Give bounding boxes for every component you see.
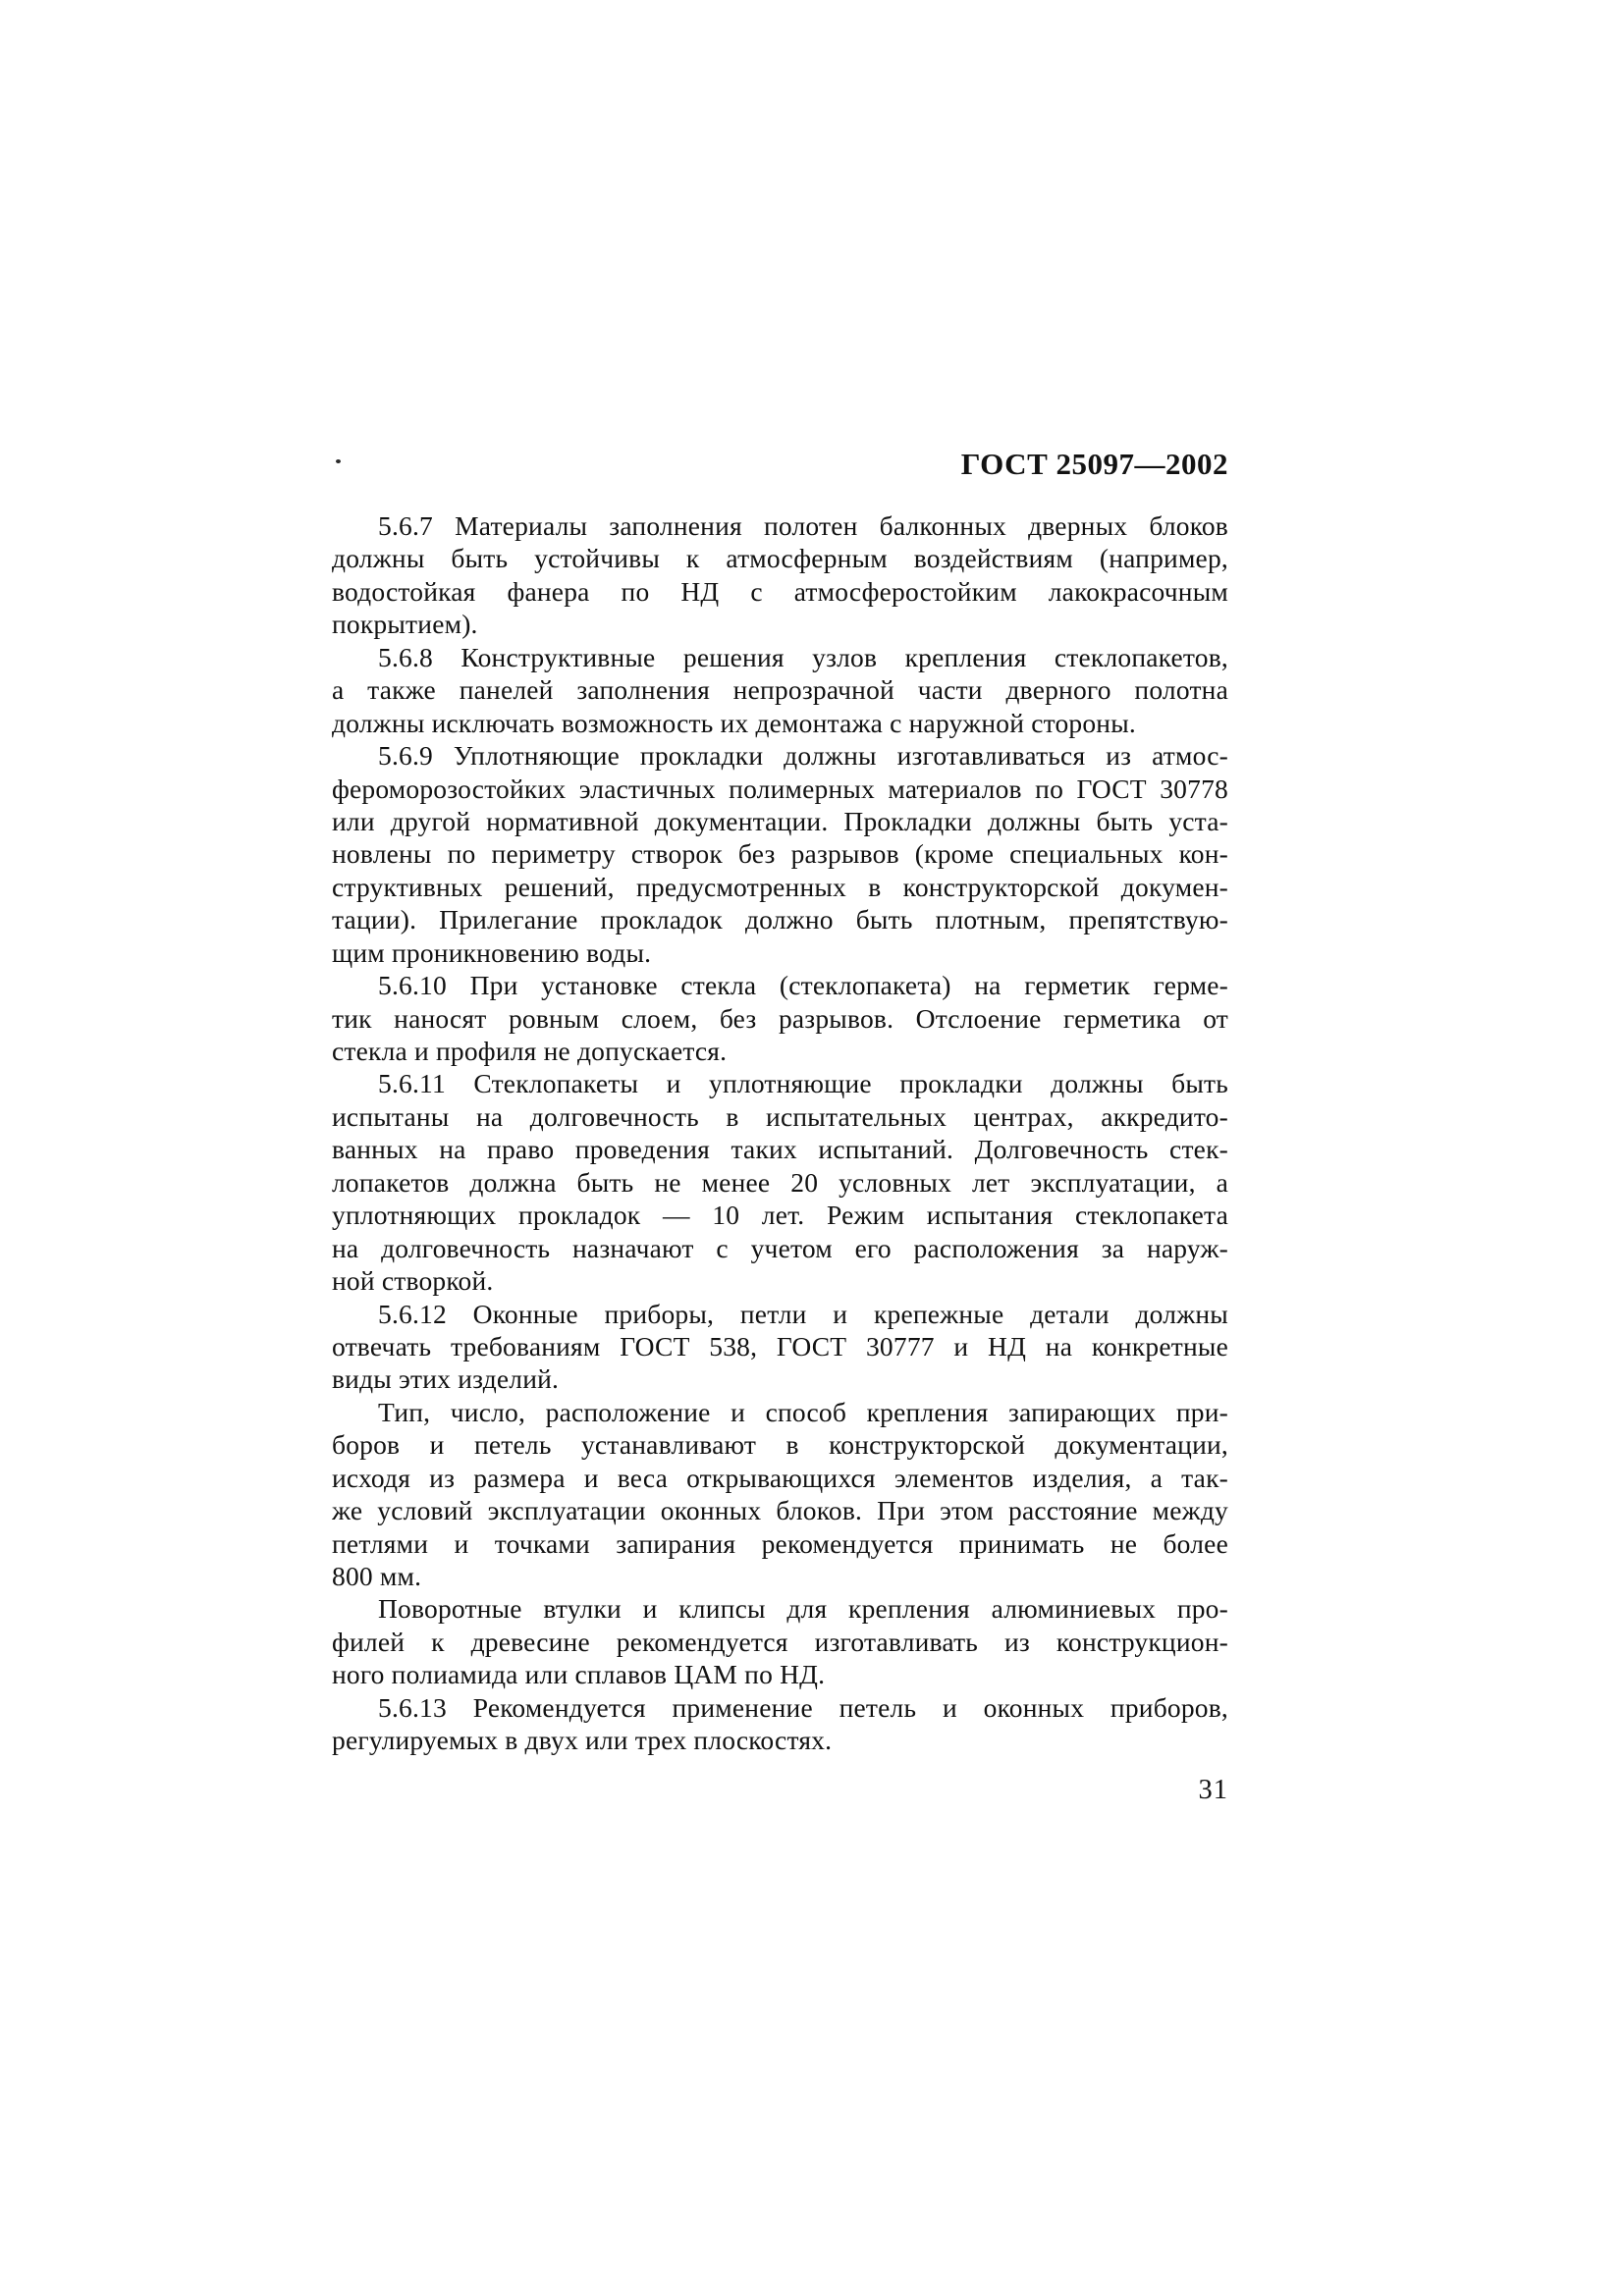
text-line: ной створкой. — [332, 1264, 1228, 1297]
text-line: а также панелей заполнения непрозрачной … — [332, 673, 1228, 706]
text-line: уплотняющих прокладок — 10 лет. Режим ис… — [332, 1199, 1228, 1231]
paragraph: 5.6.10 При установке стекла (стеклопакет… — [332, 969, 1228, 1067]
text-line: стекла и профиля не допускается. — [332, 1035, 1228, 1067]
text-line: 800 мм. — [332, 1560, 1228, 1592]
paragraph: 5.6.11 Стеклопакеты и уплотняющие прокла… — [332, 1067, 1228, 1297]
text-line: должны исключать возможность их демонтаж… — [332, 707, 1228, 739]
text-line: тик наносят ровным слоем, без разрывов. … — [332, 1002, 1228, 1035]
paragraph: 5.6.7 Материалы заполнения полотен балко… — [332, 509, 1228, 641]
text-line: 5.6.8 Конструктивные решения узлов крепл… — [332, 641, 1228, 673]
text-line: испытаны на долговечность в испытательны… — [332, 1100, 1228, 1133]
text-line: Тип, число, расположение и способ крепле… — [332, 1396, 1228, 1428]
paragraph: 5.6.12 Оконные приборы, петли и крепежны… — [332, 1298, 1228, 1396]
scanned-document-page: ГОСТ 25097—2002 5.6.7 Материалы заполнен… — [0, 0, 1624, 2296]
text-line: Поворотные втулки и клипсы для крепления… — [332, 1592, 1228, 1625]
text-line: 5.6.9 Уплотняющие прокладки должны изгот… — [332, 739, 1228, 772]
text-line: виды этих изделий. — [332, 1362, 1228, 1395]
text-line: 5.6.11 Стеклопакеты и уплотняющие прокла… — [332, 1067, 1228, 1099]
text-line: водостойкая фанера по НД с атмосферостой… — [332, 575, 1228, 608]
paragraph: 5.6.13 Рекомендуется применение петель и… — [332, 1691, 1228, 1757]
standard-designation: ГОСТ 25097—2002 — [332, 447, 1228, 482]
text-line: структивных решений, предусмотренных в к… — [332, 871, 1228, 903]
text-line: новлены по периметру створок без разрыво… — [332, 837, 1228, 870]
text-line: 5.6.12 Оконные приборы, петли и крепежны… — [332, 1298, 1228, 1330]
paragraph: 5.6.9 Уплотняющие прокладки должны изгот… — [332, 739, 1228, 969]
text-line: на долговечность назначают с учетом его … — [332, 1232, 1228, 1264]
page-number: 31 — [332, 1775, 1228, 1806]
text-line: фероморозостойких эластичных полимерных … — [332, 773, 1228, 805]
paragraph: Поворотные втулки и клипсы для крепления… — [332, 1592, 1228, 1690]
text-line: же условий эксплуатации оконных блоков. … — [332, 1494, 1228, 1526]
text-line: 5.6.7 Материалы заполнения полотен балко… — [332, 509, 1228, 542]
text-line: боров и петель устанавливают в конструкт… — [332, 1428, 1228, 1461]
text-line: отвечать требованиям ГОСТ 538, ГОСТ 3077… — [332, 1330, 1228, 1362]
text-line: ного полиамида или сплавов ЦАМ по НД. — [332, 1658, 1228, 1690]
text-line: тации). Прилегание прокладок должно быть… — [332, 903, 1228, 935]
text-line: исходя из размера и веса открывающихся э… — [332, 1462, 1228, 1494]
text-line: регулируемых в двух или трех плоскостях. — [332, 1724, 1228, 1756]
text-line: щим проникновению воды. — [332, 936, 1228, 969]
text-line: лопакетов должна быть не менее 20 условн… — [332, 1166, 1228, 1199]
text-line: петлями и точками запирания рекомендуетс… — [332, 1527, 1228, 1560]
paragraph: 5.6.8 Конструктивные решения узлов крепл… — [332, 641, 1228, 739]
text-line: ванных на право проведения таких испытан… — [332, 1133, 1228, 1165]
text-line: 5.6.13 Рекомендуется применение петель и… — [332, 1691, 1228, 1724]
document-body: 5.6.7 Материалы заполнения полотен балко… — [332, 509, 1228, 1757]
text-line: филей к древесине рекомендуется изготавл… — [332, 1626, 1228, 1658]
text-line: покрытием). — [332, 608, 1228, 640]
text-line: или другой нормативной документации. Про… — [332, 805, 1228, 837]
paragraph: Тип, число, расположение и способ крепле… — [332, 1396, 1228, 1593]
text-line: 5.6.10 При установке стекла (стеклопакет… — [332, 969, 1228, 1001]
text-line: должны быть устойчивы к атмосферным возд… — [332, 542, 1228, 574]
